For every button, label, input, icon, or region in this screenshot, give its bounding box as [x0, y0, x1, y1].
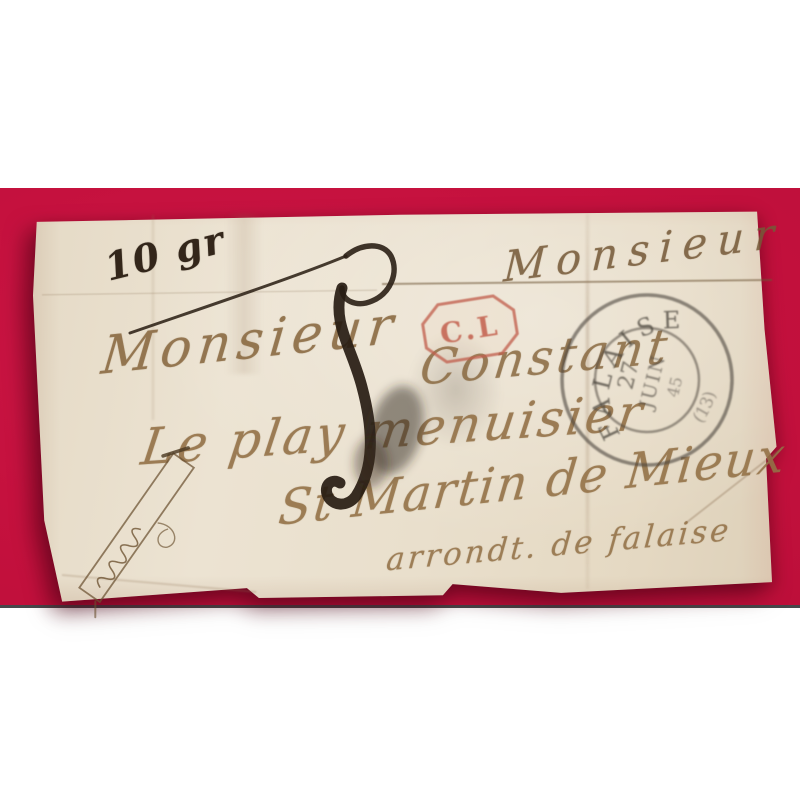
photo-of-antique-letter: 10 gr Monsieur Monsieur Constant Le play… [0, 0, 800, 800]
